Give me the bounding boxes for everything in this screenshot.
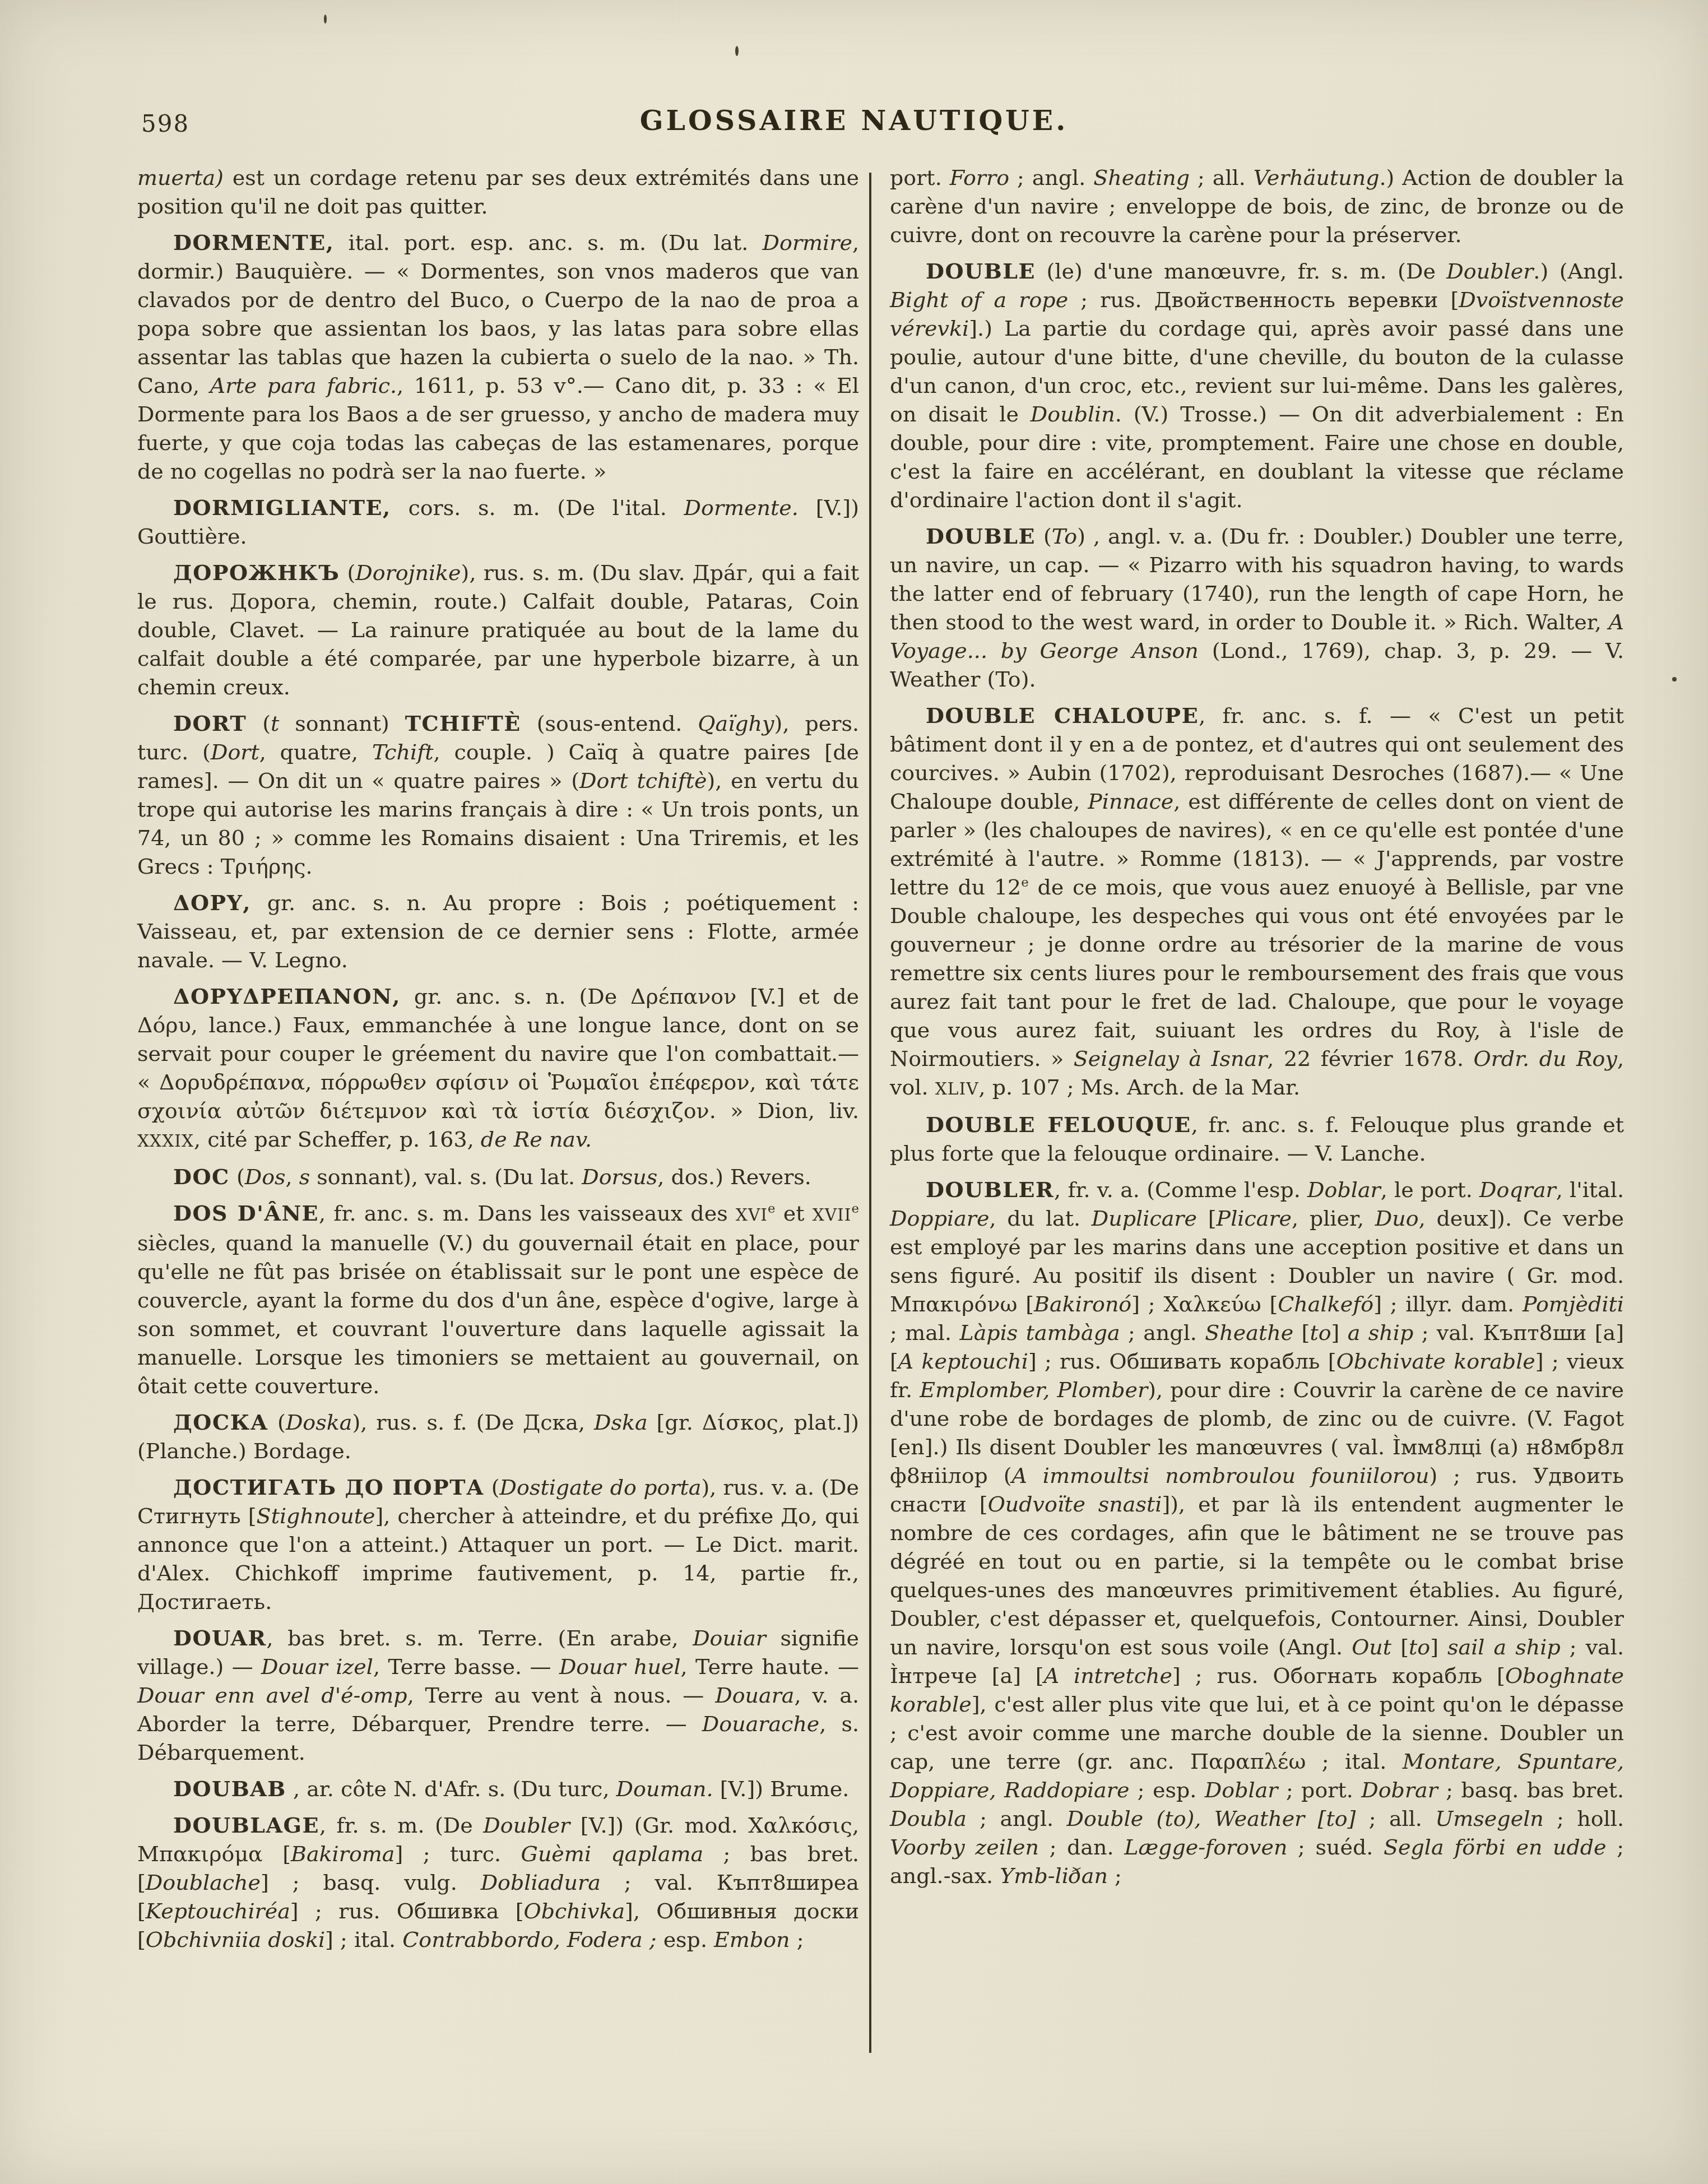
- text-run: Doblar: [1307, 1177, 1381, 1202]
- entry-paragraph: DOC (Dos, s sonnant), val. s. (Du lat. D…: [137, 1162, 859, 1191]
- text-run: , plier,: [1292, 1206, 1375, 1231]
- text-run: Sheating: [1093, 165, 1190, 190]
- text-run: , fr. v. a. (Comme l'esp.: [1054, 1177, 1307, 1202]
- text-run: ] ; rus. Обшивка [: [290, 1899, 524, 1923]
- text-run: , fr. anc. s. m. Dans les vaisseaux des: [319, 1201, 736, 1226]
- text-run: To: [1052, 524, 1077, 549]
- text-run: Doqrar: [1479, 1177, 1556, 1202]
- headword: DOUAR: [173, 1625, 267, 1650]
- text-run: , le port.: [1381, 1177, 1479, 1202]
- text-run: ; angl.: [1009, 165, 1093, 190]
- text-run: de Re nav.: [481, 1127, 592, 1152]
- text-run: Plicare: [1217, 1206, 1292, 1231]
- text-run: e: [768, 1202, 776, 1216]
- text-run: ] ; turc.: [394, 1842, 521, 1866]
- text-run: t: [271, 711, 279, 736]
- text-run: Bakironó: [1034, 1292, 1131, 1316]
- entry-paragraph: DOUBLER, fr. v. a. (Comme l'esp. Doblar,…: [890, 1175, 1624, 1890]
- text-run: to: [1409, 1635, 1430, 1659]
- entry-paragraph: DORMIGLIANTE, cors. s. m. (De l'ital. Do…: [137, 493, 859, 551]
- text-run: Obchivniia doski: [146, 1927, 325, 1952]
- entry-paragraph: port. Forro ; angl. Sheating ; all. Verh…: [890, 164, 1624, 249]
- entry-paragraph: DOUBLE (To) , angl. v. a. (Du fr. : Doub…: [890, 522, 1624, 694]
- text-run: Arte para fabric.: [210, 373, 397, 398]
- text-run: Stighnoute: [257, 1504, 375, 1528]
- text-run: xxxix: [137, 1131, 194, 1151]
- text-run: [V.]) Brume.: [713, 1777, 850, 1801]
- entry-paragraph: DOS D'ÂNE, fr. anc. s. m. Dans les vaiss…: [137, 1199, 859, 1401]
- text-run: Chalkefó: [1278, 1292, 1373, 1316]
- text-run: ]: [1331, 1320, 1348, 1345]
- text-run: Double (to), Weather [to]: [1066, 1806, 1356, 1831]
- text-run: Làpis tambàga: [959, 1320, 1120, 1345]
- text-run: Duplicare: [1092, 1206, 1197, 1231]
- text-run: Contrabbordo, Fodera ;: [402, 1927, 656, 1952]
- text-run: Dorsus: [582, 1165, 657, 1189]
- entry-paragraph: DOUAR, bas bret. s. m. Terre. (En arabe,…: [137, 1624, 859, 1767]
- text-run: Dorojnike: [355, 560, 461, 585]
- text-run: Dobliadura: [481, 1870, 601, 1895]
- text-run: Emplomber, Plomber: [920, 1378, 1148, 1402]
- text-run: , bas bret. s. m. Terre. (En arabe,: [267, 1626, 693, 1650]
- text-run: e: [852, 1202, 860, 1216]
- text-run: Out: [1352, 1635, 1391, 1659]
- text-run: Pinnace: [1088, 789, 1173, 814]
- ink-speck: [324, 15, 327, 24]
- text-run: Dormente.: [684, 495, 799, 520]
- text-run: ; rus. Двойственность веревки [: [1068, 288, 1459, 312]
- text-run: , Terre haute. —: [681, 1654, 859, 1679]
- text-run: Doska: [286, 1410, 352, 1435]
- text-run: Dort tchiftè: [579, 768, 707, 793]
- headword: DOUBAB: [173, 1776, 286, 1801]
- entry-paragraph: ДОСКА (Doska), rus. s. f. (De Дска, Dska…: [137, 1408, 859, 1466]
- ink-speck: [1672, 677, 1677, 681]
- text-run: , Terre basse. —: [373, 1654, 559, 1679]
- text-run: Obchivka: [524, 1899, 625, 1923]
- text-run: Doubler: [1446, 259, 1533, 284]
- text-run: ; basq. bas bret.: [1438, 1778, 1624, 1802]
- text-run: Dska: [594, 1410, 648, 1435]
- text-run: Doubla: [890, 1806, 967, 1831]
- entry-paragraph: ΔΟΡΥΔΡΕΠΑΝΟΝ, gr. anc. s. n. (De Δρέπανο…: [137, 982, 859, 1155]
- text-run: Lægge-foroven: [1124, 1835, 1287, 1860]
- text-run: Bight of a rope: [890, 288, 1068, 312]
- entry-paragraph: ΔΟΡΥ, gr. anc. s. n. Au propre : Bois ; …: [137, 888, 859, 975]
- text-run: Pomjèditi: [1523, 1292, 1624, 1316]
- text-run: , 22 février 1678.: [1267, 1046, 1473, 1071]
- headword: DOC: [173, 1164, 230, 1189]
- text-run: Obchivate korable: [1336, 1349, 1535, 1374]
- text-run: Qaïghy: [698, 711, 774, 736]
- text-run: Douara: [715, 1683, 794, 1708]
- text-run: sonnant): [279, 711, 405, 736]
- text-run: , dos.) Revers.: [657, 1165, 811, 1189]
- text-run: Bakiroma: [291, 1842, 395, 1866]
- text-run: ital. port. esp. anc. s. m. (Du lat.: [334, 230, 762, 255]
- text-run: ; suéd.: [1288, 1835, 1384, 1860]
- column-divider: [869, 173, 871, 2053]
- headword: ΔΟΡΥΔΡΕΠΑΝΟΝ,: [173, 984, 401, 1009]
- text-run: (sous-entend.: [521, 711, 698, 736]
- text-run: Verhäutung: [1254, 165, 1380, 190]
- text-run: (: [485, 1475, 500, 1500]
- text-run: ; dan.: [1039, 1835, 1124, 1860]
- scanned-page: 598 GLOSSAIRE NAUTIQUE. muerta) est un c…: [0, 0, 1708, 2184]
- headword: DOUBLAGE: [173, 1812, 319, 1838]
- text-run: [: [1293, 1320, 1310, 1345]
- text-run: ; all.: [1190, 165, 1254, 190]
- text-run: Douiar: [693, 1626, 766, 1650]
- entry-paragraph: DOUBLAGE, fr. s. m. (De Doubler [V.]) (G…: [137, 1811, 859, 1954]
- text-run: Douman.: [616, 1777, 713, 1801]
- entry-paragraph: muerta) est un cordage retenu par ses de…: [137, 164, 859, 221]
- text-run: Umsegeln: [1435, 1806, 1544, 1831]
- ink-speck: [735, 46, 739, 56]
- text-run: Doblar: [1205, 1778, 1278, 1802]
- text-run: A immoultsi nombroulou founiilorou: [1012, 1463, 1429, 1488]
- text-run: ] ; basq. vulg.: [261, 1870, 481, 1895]
- text-run: de ce mois, que vous auez enuoyé à Belli…: [890, 875, 1624, 1071]
- text-run: ,: [286, 1165, 299, 1189]
- text-run: , cité par Scheffer, p. 163,: [194, 1127, 481, 1152]
- text-run: Douar izel: [261, 1654, 373, 1679]
- text-run: Segla förbi en udde: [1384, 1835, 1607, 1860]
- headword: ДОРОЖНКЪ: [173, 560, 340, 585]
- text-run: ]: [1430, 1635, 1447, 1659]
- headword: DOUBLE CHALOUPE: [926, 703, 1199, 728]
- text-run: ; angl.: [967, 1806, 1067, 1831]
- text-run: Doublache: [146, 1870, 261, 1895]
- text-run: [: [1197, 1206, 1217, 1231]
- text-run: sail a ship: [1447, 1635, 1561, 1659]
- text-run: (: [230, 1165, 245, 1189]
- text-run: , Terre au vent à nous. —: [407, 1683, 716, 1708]
- headword: DORT: [173, 711, 247, 736]
- text-run: (: [247, 711, 271, 736]
- text-run: esp.: [657, 1927, 714, 1952]
- text-run: Forro: [950, 165, 1009, 190]
- text-run: Dos: [245, 1165, 286, 1189]
- text-run: , ar. côte N. d'Afr. s. (Du turc,: [286, 1777, 616, 1801]
- headword: DOUBLE FELOUQUE: [926, 1112, 1191, 1137]
- headword: DORMIGLIANTE,: [173, 495, 391, 520]
- text-run: Doublin: [1031, 402, 1115, 426]
- text-run: s: [299, 1165, 310, 1189]
- text-run: Dobrar: [1361, 1778, 1438, 1802]
- text-run: ] ; illyr. dam.: [1373, 1292, 1523, 1316]
- text-run: , l'ital.: [1556, 1177, 1624, 1202]
- headword: TCHIFTÈ: [405, 711, 521, 736]
- text-run: Dostigate do porta: [500, 1475, 702, 1500]
- text-run: (le) d'une manœuvre, fr. s. m. (De: [1036, 259, 1446, 284]
- entry-paragraph: DOUBLE CHALOUPE, fr. anc. s. f. — « C'es…: [890, 701, 1624, 1103]
- text-run: et: [776, 1201, 813, 1226]
- text-run: xvii: [813, 1205, 852, 1225]
- text-run: Ordr. du Roy: [1473, 1046, 1617, 1071]
- text-run: Dort: [211, 740, 259, 764]
- text-run: ;: [790, 1927, 804, 1952]
- text-run: muerta): [137, 165, 224, 190]
- text-run: .) (Angl.: [1533, 259, 1624, 284]
- text-run: ] ; Χαλκεύω [: [1131, 1292, 1278, 1316]
- text-run: , quatre,: [259, 740, 372, 764]
- text-run: ; holl.: [1544, 1806, 1624, 1831]
- text-run: Tchift: [372, 740, 434, 764]
- headword: DORMENTE,: [173, 230, 334, 255]
- headword: DOUBLE: [926, 258, 1036, 284]
- text-run: (: [1036, 524, 1052, 549]
- entry-paragraph: DOUBAB , ar. côte N. d'Afr. s. (Du turc,…: [137, 1774, 859, 1803]
- text-run: e: [1021, 875, 1029, 890]
- text-run: Douar enn avel d'é-omp: [137, 1683, 407, 1708]
- text-run: xliv: [935, 1079, 979, 1098]
- text-run: Dormire: [763, 230, 852, 255]
- entry-paragraph: DOUBLE FELOUQUE, fr. anc. s. f. Felouque…: [890, 1110, 1624, 1168]
- text-run: ; all.: [1356, 1806, 1435, 1831]
- text-run: to: [1310, 1320, 1331, 1345]
- text-run: Seignelay à Isnar: [1074, 1046, 1268, 1071]
- headword: ДОСТИГАТЬ ДО ПОРТА: [173, 1474, 485, 1500]
- headword: ΔΟΡΥ,: [173, 890, 251, 915]
- text-run: xvi: [736, 1205, 768, 1225]
- text-run: Embon: [714, 1927, 790, 1952]
- text-run: port.: [890, 165, 950, 190]
- headword: DOS D'ÂNE: [173, 1200, 319, 1226]
- text-run: , du lat.: [989, 1206, 1091, 1231]
- text-run: Ymb-liðan: [1000, 1863, 1108, 1888]
- text-run: Doppiare: [890, 1206, 989, 1231]
- entry-paragraph: DOUBLE (le) d'une manœuvre, fr. s. m. (D…: [890, 257, 1624, 514]
- headword: ДОСКА: [173, 1409, 268, 1435]
- text-run: est un cordage retenu par ses deux extré…: [137, 165, 859, 219]
- text-run: ; port.: [1278, 1778, 1361, 1802]
- text-run: , fr. s. m. (De: [319, 1813, 483, 1838]
- text-run: Duo: [1375, 1206, 1419, 1231]
- text-run: ; esp.: [1129, 1778, 1204, 1802]
- entry-paragraph: DORMENTE, ital. port. esp. anc. s. m. (D…: [137, 228, 859, 486]
- text-run: Oudvoïte snasti: [988, 1492, 1162, 1517]
- entry-paragraph: ДОСТИГАТЬ ДО ПОРТА (Dostigate do porta),…: [137, 1473, 859, 1616]
- text-run: [: [1391, 1635, 1409, 1659]
- text-run: Guèmi qaplama: [521, 1842, 704, 1866]
- text-run: A keptouchi: [898, 1349, 1028, 1374]
- text-run: (: [340, 560, 355, 585]
- text-run: Voorby zeilen: [890, 1835, 1039, 1860]
- text-run: (: [268, 1410, 286, 1435]
- page-header-title: GLOSSAIRE NAUTIQUE.: [0, 104, 1708, 137]
- text-run: siècles, quand la manuelle (V.) du gouve…: [137, 1231, 859, 1398]
- text-run: ; mal.: [890, 1320, 959, 1345]
- text-run: ), rus. s. f. (De Дска,: [352, 1410, 593, 1435]
- text-run: Douarache: [702, 1712, 820, 1736]
- text-run: , p. 107 ; Ms. Arch. de la Mar.: [979, 1075, 1301, 1100]
- text-run: sonnant), val. s. (Du lat.: [310, 1165, 582, 1189]
- text-run: ] ; rus. Обогнать корабль [: [1172, 1663, 1505, 1688]
- text-run: ; angl.: [1120, 1320, 1205, 1345]
- text-run: Douar huel: [559, 1654, 681, 1679]
- text-run: A intretche: [1044, 1663, 1172, 1688]
- entry-paragraph: ДОРОЖНКЪ (Dorojnike), rus. s. m. (Du sla…: [137, 558, 859, 702]
- right-column: port. Forro ; angl. Sheating ; all. Verh…: [890, 164, 1624, 1898]
- text-run: Doubler: [483, 1813, 570, 1838]
- text-run: Sheathe: [1205, 1320, 1293, 1345]
- text-run: ;: [1108, 1863, 1122, 1888]
- text-run: a ship: [1348, 1320, 1414, 1345]
- text-run: ] ; rus. Обшивать корабль [: [1028, 1349, 1336, 1374]
- headword: DOUBLE: [926, 523, 1036, 549]
- headword: DOUBLER: [926, 1177, 1054, 1202]
- text-run: Keptouchiréa: [146, 1899, 290, 1923]
- entry-paragraph: DORT (t sonnant) TCHIFTÈ (sous-entend. Q…: [137, 709, 859, 881]
- left-column: muerta) est un cordage retenu par ses de…: [137, 164, 859, 1962]
- text-run: ] ; ital.: [325, 1927, 402, 1952]
- text-run: cors. s. m. (De l'ital.: [391, 495, 684, 520]
